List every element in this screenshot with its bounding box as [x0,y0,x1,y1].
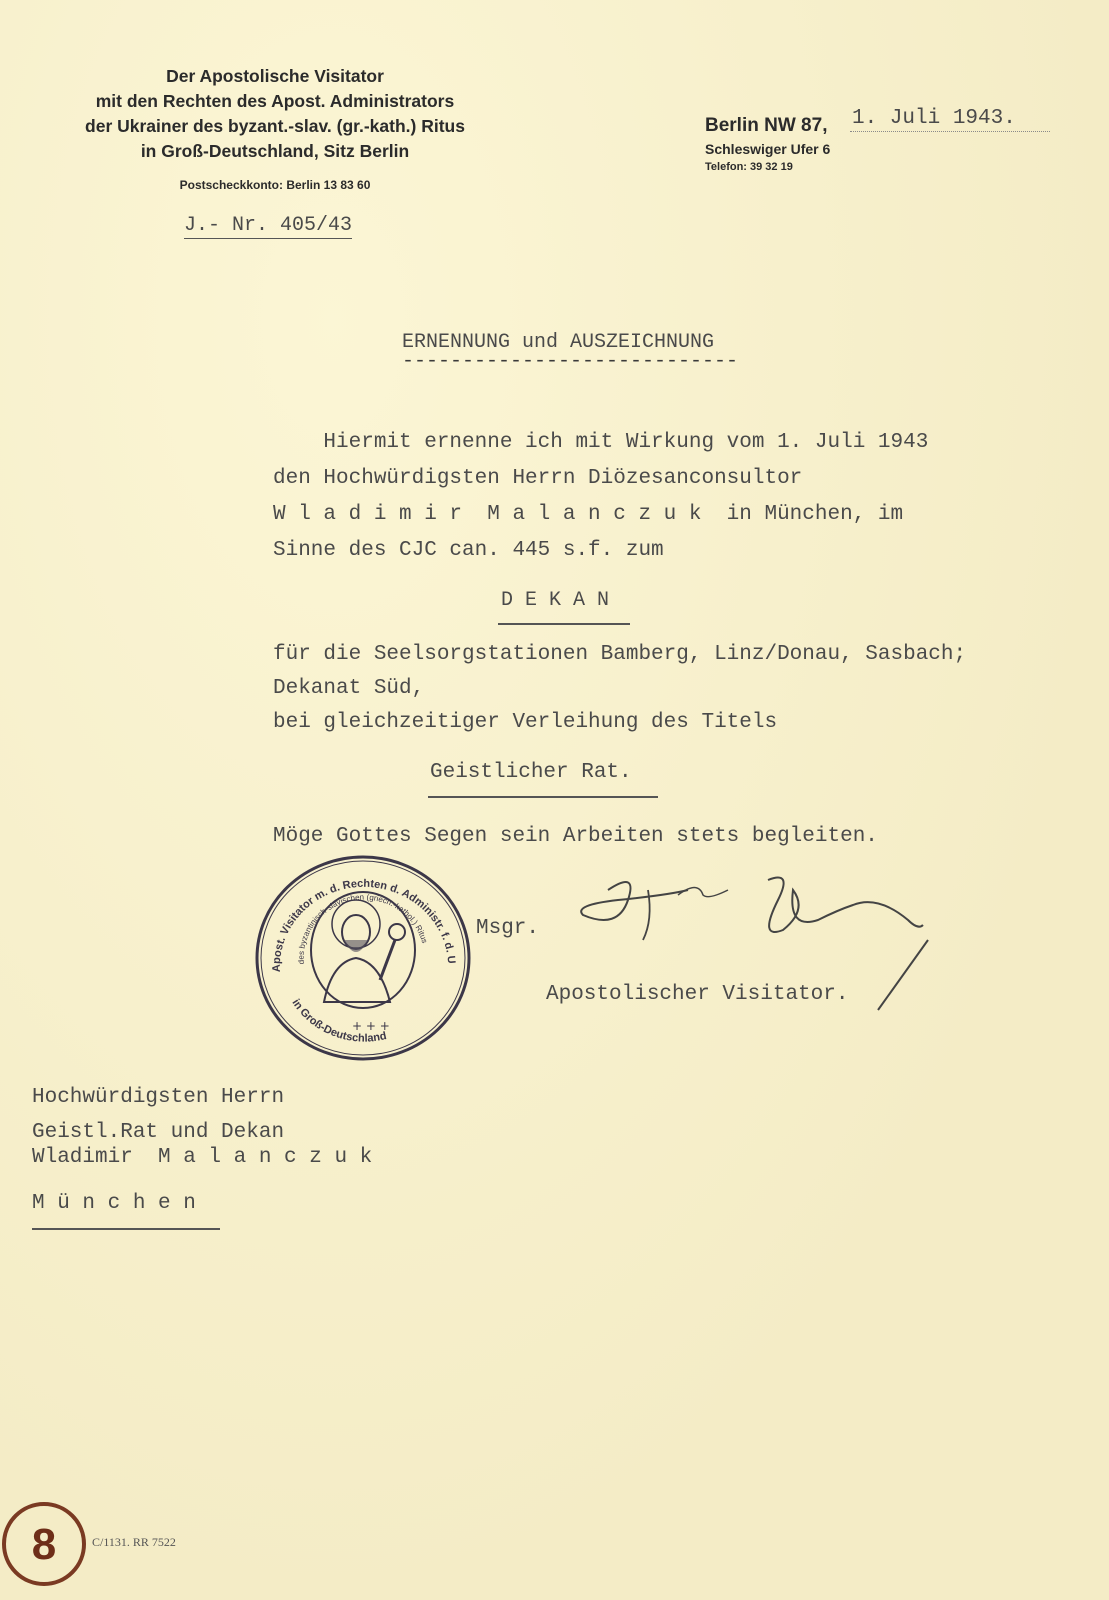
body-line: Sinne des CJC can. 445 s.f. zum [273,539,664,562]
body-line: den Hochwürdigsten Herrn Diözesanconsult… [273,467,802,490]
recipient-city-underline [32,1228,220,1230]
appointment-underline [498,623,630,625]
address-city: Berlin NW 87, [705,115,827,137]
saint-with-keys-icon: Apost. Visitator m. d. Rechten d. Admini… [252,852,474,1064]
blessing-line: Möge Gottes Segen sein Arbeiten stets be… [273,825,878,848]
signature-prefix: Msgr. [476,917,539,940]
svg-text:+ + +: + + + [352,1019,390,1033]
postscheckkonto: Postscheckkonto: Berlin 13 83 60 [55,178,495,192]
body-line: bei gleichzeitiger Verleihung des Titels [273,711,777,734]
awarded-title: Geistlicher Rat. [430,761,632,784]
awarded-title-underline [428,796,658,798]
letterhead: Der Apostolische Visitator mit den Recht… [55,64,495,164]
date-dotted-line [850,131,1050,132]
letterhead-line: Der Apostolische Visitator [55,64,495,89]
seal-outer-text: Apost. Visitator m. d. Rechten d. Admini… [252,852,457,972]
body-line: Hiermit ernenne ich mit Wirkung vom 1. J… [273,431,928,454]
letterhead-line: der Ukrainer des byzant.-slav. (gr.-kath… [55,114,495,139]
recipient-line: Wladimir M a l a n c z u k [32,1146,372,1169]
recipient-line: Hochwürdigsten Herrn [32,1086,284,1109]
title-underline: ---------------------------- [402,350,738,373]
signer-title: Apostolischer Visitator. [546,983,848,1006]
body-line: für die Seelsorgstationen Bamberg, Linz/… [273,643,966,666]
archive-reference: C/1131. RR 7522 [92,1535,176,1550]
recipient-city: M ü n c h e n [32,1192,196,1215]
letterhead-line: in Groß-Deutschland, Sitz Berlin [55,139,495,164]
address-telephone: Telefon: 39 32 19 [705,161,793,173]
letter-date: 1. Juli 1943. [852,107,1016,130]
appointment-title: D E K A N [501,589,609,612]
letterhead-line: mit den Rechten des Apost. Administrator… [55,89,495,114]
page-number: 8 [6,1520,82,1570]
recipient-line: Geistl.Rat und Dekan [32,1121,284,1144]
page-number-badge: 8 [2,1502,86,1586]
journal-number: J.- Nr. 405/43 [184,214,352,239]
address-street: Schleswiger Ufer 6 [705,141,830,157]
body-line: Dekanat Süd, [273,677,424,700]
body-line: W l a d i m i r M a l a n c z u k in Mün… [273,503,903,526]
svg-text:Apost. Visitator m. d. Rechten: Apost. Visitator m. d. Rechten d. Admini… [252,852,457,972]
official-seal: Apost. Visitator m. d. Rechten d. Admini… [252,852,474,1064]
